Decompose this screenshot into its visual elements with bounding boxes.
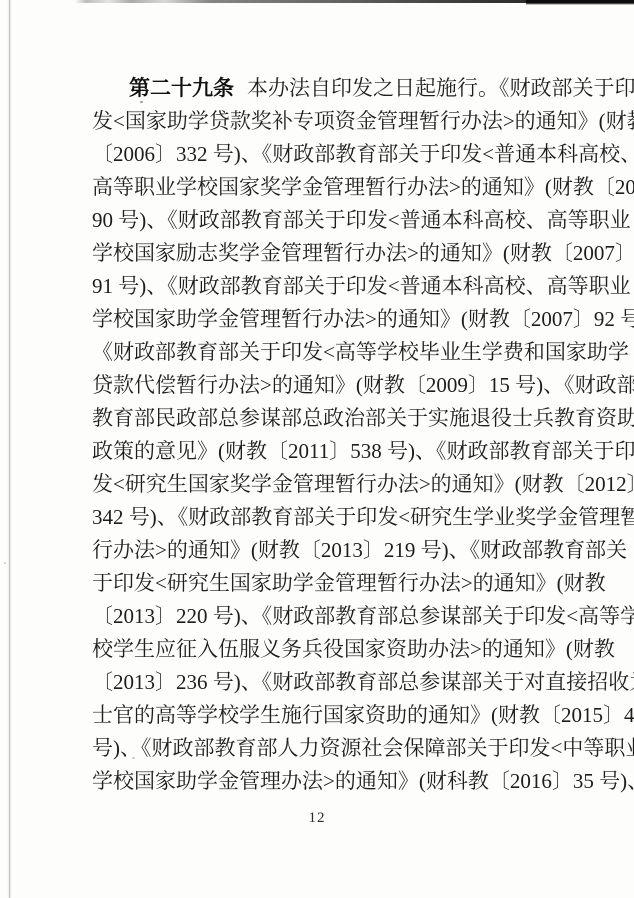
text-line: 第二十九条本办法自印发之日起施行。《财政部关于印 bbox=[92, 72, 555, 105]
document-page: 第二十九条本办法自印发之日起施行。《财政部关于印 发<国家助学贷款奖补专项资金管… bbox=[0, 0, 634, 898]
text-line: 90 号)、《财政部教育部关于印发<普通本科高校、高等职业 bbox=[92, 204, 555, 237]
text-line: 政策的意见》(财教〔2011〕538 号)、《财政部教育部关于印 bbox=[92, 435, 555, 468]
article-paragraph: 第二十九条本办法自印发之日起施行。《财政部关于印 发<国家助学贷款奖补专项资金管… bbox=[92, 72, 555, 798]
text-line: 学校国家助学金管理暂行办法>的通知》(财教〔2007〕92 号)、 bbox=[92, 303, 555, 336]
text-line: 发<研究生国家奖学金管理暂行办法>的通知》(财教〔2012〕 bbox=[92, 468, 555, 501]
text-line: 《财政部教育部关于印发<高等学校毕业生学费和国家助学 bbox=[92, 336, 555, 369]
scan-artifact-left-line bbox=[9, 0, 10, 898]
text-line: 号)、《财政部教育部人力资源社会保障部关于印发<中等职业 bbox=[92, 732, 555, 765]
text-line: 校学生应征入伍服义务兵役国家资助办法>的通知》(财教 bbox=[92, 633, 555, 666]
text-line: 于印发<研究生国家助学金管理暂行办法>的通知》(财教 bbox=[92, 567, 555, 600]
text-line-content: 本办法自印发之日起施行。《财政部关于印 bbox=[247, 76, 634, 100]
text-line: 教育部民政部总参谋部总政治部关于实施退役士兵教育资助 bbox=[92, 402, 555, 435]
text-line: 〔2013〕220 号)、《财政部教育部总参谋部关于印发<高等学 bbox=[92, 600, 555, 633]
text-line: 91 号)、《财政部教育部关于印发<普通本科高校、高等职业 bbox=[92, 270, 555, 303]
article-number-heading: 第二十九条 bbox=[129, 76, 234, 100]
text-line: 学校国家助学金管理办法>的通知》(财科教〔2016〕35 号)、 bbox=[92, 765, 555, 798]
page-number: 12 bbox=[0, 810, 634, 827]
text-line: 〔2006〕332 号)、《财政部教育部关于印发<普通本科高校、 bbox=[92, 138, 555, 171]
text-line: 学校国家励志奖学金管理暂行办法>的通知》(财教〔2007〕 bbox=[92, 237, 555, 270]
text-line: 342 号)、《财政部教育部关于印发<研究生学业奖学金管理暂 bbox=[92, 501, 555, 534]
scan-artifact-top-right-edge bbox=[526, 0, 634, 5]
text-line: 行办法>的通知》(财教〔2013〕219 号)、《财政部教育部关 bbox=[92, 534, 555, 567]
text-line: 发<国家助学贷款奖补专项资金管理暂行办法>的通知》(财教 bbox=[92, 105, 555, 138]
scan-noise-dot bbox=[4, 562, 6, 564]
text-line: 高等职业学校国家奖学金管理暂行办法>的通知》(财教〔2007〕 bbox=[92, 171, 555, 204]
text-line: 士官的高等学校学生施行国家资助的通知》(财教〔2015〕462 bbox=[92, 699, 555, 732]
text-line: 〔2013〕236 号)、《财政部教育部总参谋部关于对直接招收为 bbox=[92, 666, 555, 699]
text-line: 贷款代偿暂行办法>的通知》(财教〔2009〕15 号)、《财政部 bbox=[92, 369, 555, 402]
